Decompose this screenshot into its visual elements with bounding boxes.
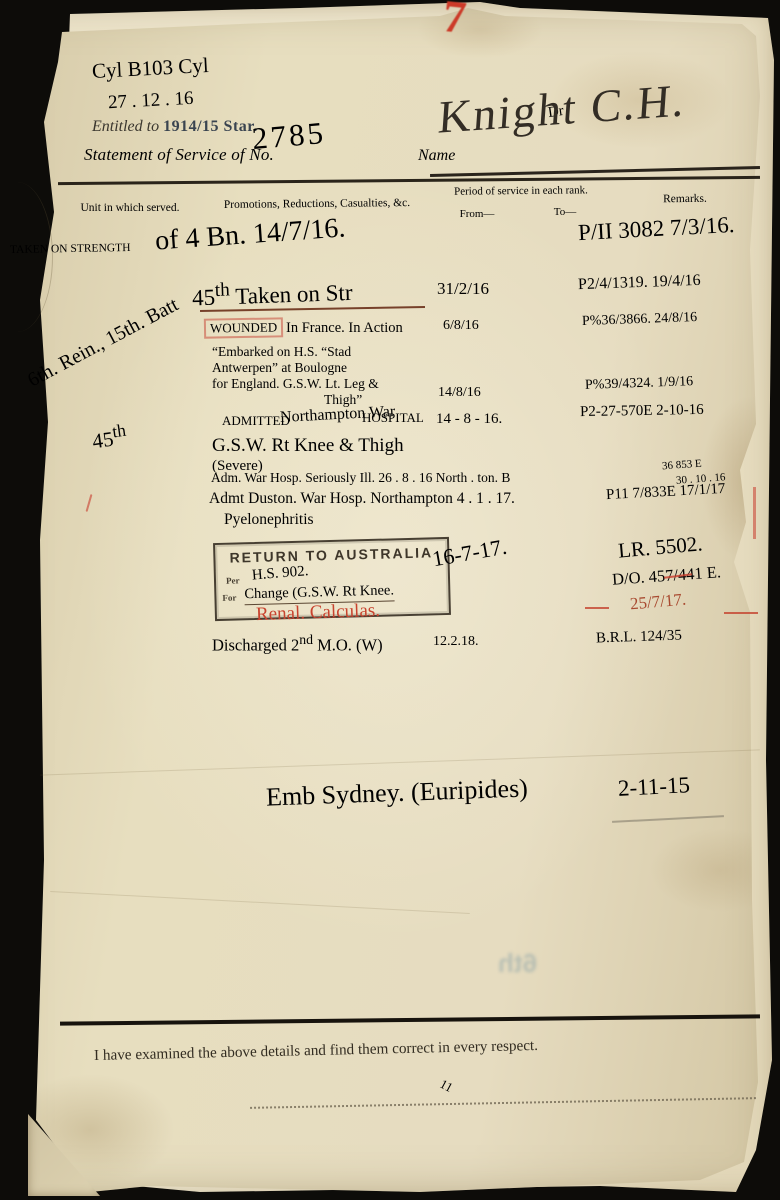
entry-line: for England. G.S.W. Lt. Leg & (212, 376, 379, 392)
header-remarks: Remarks. (612, 192, 758, 206)
header-to: To— (522, 206, 608, 218)
red-dash (585, 607, 609, 609)
from-date: 31/2/16 (437, 279, 489, 299)
casualty-entry: In France. In Action (286, 320, 403, 337)
entry-line: “Embarked on H.S. “Stad (212, 344, 379, 360)
remarks-entry: P2-27-570E 2-10-16 (580, 402, 704, 421)
discharge-entry: Discharged 2nd M.O. (W) (212, 632, 383, 656)
from-date: 6/8/16 (443, 318, 479, 334)
header-period: Period of service in each rank. (433, 184, 609, 198)
for-label: For (222, 593, 236, 603)
entry-text: Taken on Str (230, 280, 353, 309)
per-label: Per (226, 575, 240, 585)
diagnosis-entry: Pyelonephritis (224, 511, 314, 529)
header-from: From— (434, 208, 520, 220)
row-line (58, 660, 760, 661)
from-date: 14/8/16 (438, 385, 481, 401)
red-ink-mark (753, 487, 756, 539)
entry-line: Antwerpen” at Boulogne (212, 360, 379, 376)
wound-description: G.S.W. Rt Knee & Thigh (212, 435, 404, 457)
header-unit: Unit in which served. (60, 202, 200, 214)
wounded-stamp: WOUNDED (204, 317, 283, 338)
unit-cell: 45th (90, 420, 128, 455)
entry-text: Discharged 2 (212, 636, 299, 655)
red-dash (724, 612, 758, 614)
period-subheader-divider (432, 203, 610, 204)
scanned-service-record: 7 Cyl B103 Cyl 27 . 12 . 16 Entitled to … (0, 0, 780, 1200)
red-underline (248, 628, 430, 630)
row-line (201, 340, 758, 341)
hospital-entry: Adm. War Hosp. Seriously Ill. 26 . 8 . 1… (211, 470, 510, 486)
taken-on-strength-stamp: TAKEN ON STRENGTH (10, 242, 131, 256)
pencil-date: 27 . 12 . 16 (107, 88, 194, 114)
entitled-prefix: Entitled to (92, 118, 159, 135)
entry-superscript: th (214, 279, 230, 301)
bleed-through-stamp: 6th (498, 948, 537, 979)
tape-patch (692, 920, 766, 1002)
faint-row-line (58, 832, 758, 833)
return-to-australia-stamp: RETURN TO AUSTRALIA (215, 544, 447, 566)
statement-label: Statement of Service of No. (84, 145, 274, 165)
embarkation-pencil-date: 2-11-15 (617, 772, 690, 802)
entry-text: M.O. (W) (313, 636, 383, 655)
entitled-star-value: 1914/15 Star. (163, 118, 258, 135)
unit-superscript: th (111, 420, 127, 442)
service-number: 2785 (251, 115, 328, 157)
entry-number: 45 (192, 285, 216, 311)
unit-entry: 45th Taken on Str (192, 275, 353, 311)
diagnosis-red-note: Renal. Calculas. (256, 600, 381, 626)
embarked-entry: “Embarked on H.S. “Stad Antwerpen” at Bo… (212, 344, 379, 408)
name-label: Name (418, 147, 455, 165)
hospital-entry: Admt Duston. War Hosp. Northampton 4 . 1… (209, 490, 515, 508)
remarks-entry: B.R.L. 124/35 (596, 628, 682, 648)
entitled-stamp: Entitled to 1914/15 Star. (92, 118, 258, 136)
faint-row-line (58, 700, 758, 701)
from-date: 12.2.18. (433, 634, 479, 650)
faint-row-line (58, 768, 758, 769)
red-row-line (432, 626, 758, 628)
from-date: 14 - 8 - 16. (436, 411, 502, 428)
entry-superscript: nd (299, 632, 313, 647)
per-value: H.S. 902. (251, 563, 309, 584)
header-promotions: Promotions, Reductions, Casualties, &c. (203, 197, 431, 211)
